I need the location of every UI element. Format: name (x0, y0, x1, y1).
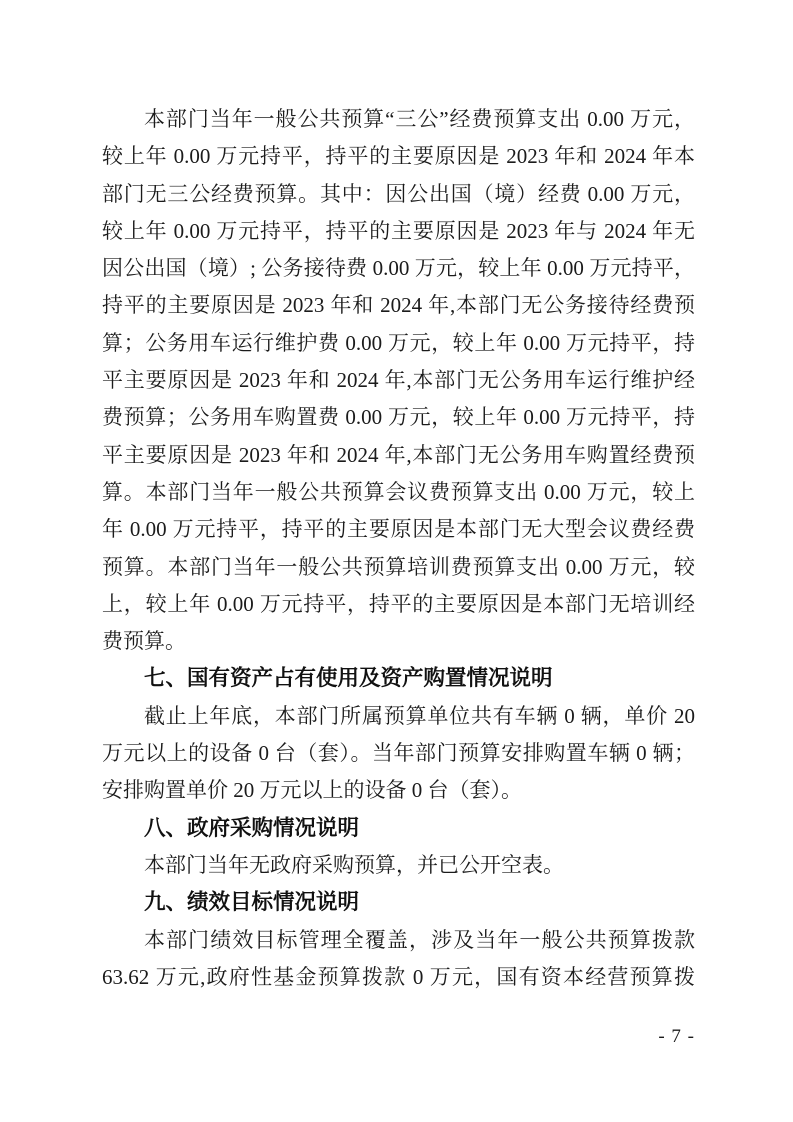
text-line: 平主要原因是 2023 年和 2024 年,本部门无公务用车购置经费预 (102, 437, 695, 474)
text-line: 算。本部门当年一般公共预算会议费预算支出 0.00 万元，较上 (102, 474, 695, 511)
text-line: 因公出国（境）; 公务接待费 0.00 万元，较上年 0.00 万元持平， (102, 250, 695, 287)
text-line: 本部门当年一般公共预算“三公”经费预算支出 0.00 万元， (102, 101, 695, 138)
government-procurement-paragraph: 本部门当年无政府采购预算，并已公开空表。 (102, 847, 695, 884)
text-line: 上，较上年 0.00 万元持平，持平的主要原因是本部门无培训经 (102, 586, 695, 623)
text-line: 费预算；公务用车购置费 0.00 万元，较上年 0.00 万元持平，持 (102, 399, 695, 436)
text-line: 预算。本部门当年一般公共预算培训费预算支出 0.00 万元，较 (102, 549, 695, 586)
text-line: 万元以上的设备 0 台（套）。当年部门预算安排购置车辆 0 辆； (102, 735, 695, 772)
section-heading-performance-targets: 九、绩效目标情况说明 (102, 884, 695, 921)
section-heading-government-procurement: 八、政府采购情况说明 (102, 810, 695, 847)
state-assets-paragraph: 截止上年底，本部门所属预算单位共有车辆 0 辆，单价 20万元以上的设备 0 台… (102, 698, 695, 810)
text-line: 较上年 0.00 万元持平，持平的主要原因是 2023 年和 2024 年本 (102, 138, 695, 175)
text-line: 平主要原因是 2023 年和 2024 年,本部门无公务用车运行维护经 (102, 362, 695, 399)
text-line: 部门无三公经费预算。其中：因公出国（境）经费 0.00 万元， (102, 176, 695, 213)
text-line: 算；公务用车运行维护费 0.00 万元，较上年 0.00 万元持平，持 (102, 325, 695, 362)
three-public-expenses-paragraph: 本部门当年一般公共预算“三公”经费预算支出 0.00 万元，较上年 0.00 万… (102, 101, 695, 660)
text-line: 年 0.00 万元持平，持平的主要原因是本部门无大型会议费经费 (102, 511, 695, 548)
text-line: 费预算。 (102, 623, 695, 660)
document-page: 本部门当年一般公共预算“三公”经费预算支出 0.00 万元，较上年 0.00 万… (0, 0, 793, 1122)
document-content: 本部门当年一般公共预算“三公”经费预算支出 0.00 万元，较上年 0.00 万… (102, 101, 695, 996)
text-line: 63.62 万元,政府性基金预算拨款 0 万元，国有资本经营预算拨 (102, 959, 695, 996)
text-line: 本部门绩效目标管理全覆盖，涉及当年一般公共预算拨款 (102, 922, 695, 959)
text-line: 本部门当年无政府采购预算，并已公开空表。 (102, 847, 695, 884)
text-line: 较上年 0.00 万元持平，持平的主要原因是 2023 年与 2024 年无 (102, 213, 695, 250)
text-line: 截止上年底，本部门所属预算单位共有车辆 0 辆，单价 20 (102, 698, 695, 735)
text-line: 安排购置单价 20 万元以上的设备 0 台（套）。 (102, 772, 695, 809)
performance-targets-paragraph: 本部门绩效目标管理全覆盖，涉及当年一般公共预算拨款63.62 万元,政府性基金预… (102, 922, 695, 997)
page-number: - 7 - (102, 1026, 695, 1048)
section-heading-state-assets: 七、国有资产占有使用及资产购置情况说明 (102, 660, 695, 697)
text-line: 持平的主要原因是 2023 年和 2024 年,本部门无公务接待经费预 (102, 287, 695, 324)
